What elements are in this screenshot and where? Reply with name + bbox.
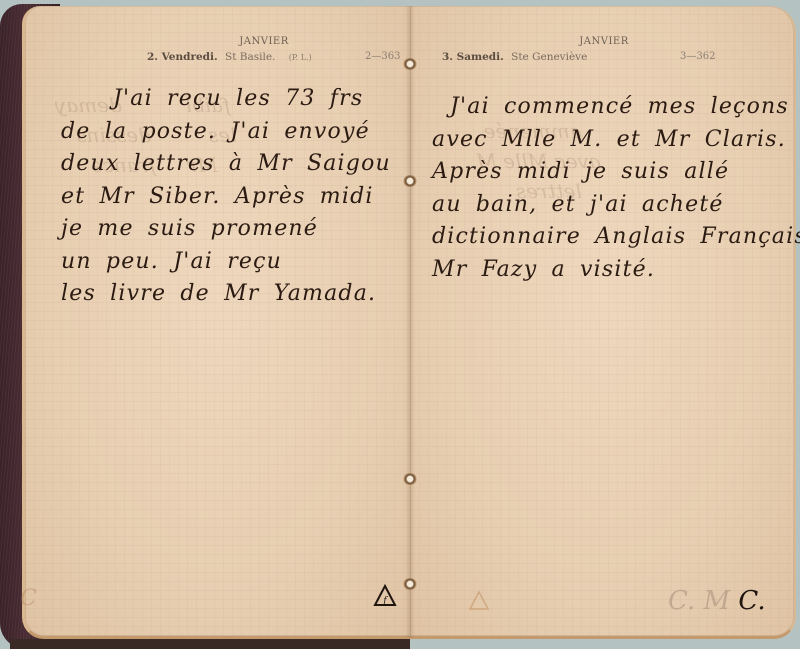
right-page: ammenée avec Mlle M. lettres JANVIER 3. … (410, 6, 796, 639)
entry-line: Mr Fazy a visité. (432, 254, 800, 287)
moon-phase: (P. L.) (289, 53, 312, 62)
month-label: JANVIER (410, 36, 794, 47)
date-line: 2. Vendredi. St Basile. (P. L.) 2—363 (147, 51, 413, 63)
entry-line: dictionnaire Anglais Français. (432, 221, 800, 254)
cover-bottom-edge (10, 639, 410, 649)
entry-line: les livre de Mr Yamada. (61, 278, 391, 311)
date-line: 3. Samedi. Ste Geneviève 3—362 (442, 51, 794, 63)
saint-label: Ste Geneviève (511, 51, 587, 63)
ink-initials: C. (738, 586, 765, 616)
diary-scan: faibl demay les dessins Mr france JANVIE… (0, 0, 800, 649)
day-count: 2—363 (365, 51, 400, 62)
binding-stitch (403, 473, 417, 485)
diary-entry-left: J'ai reçu les 73 frs de la poste. J'ai e… (61, 83, 391, 311)
diary-entry-right: J'ai commencé mes leçons avec Mlle M. et… (432, 91, 800, 286)
entry-line: J'ai commencé mes leçons (432, 91, 800, 124)
binding-stitch (403, 578, 417, 590)
entry-line: je me suis promené (61, 213, 391, 246)
day-label: 3. Samedi. (442, 51, 504, 63)
entry-line: deux lettres à Mr Saigou (61, 148, 391, 181)
signature-initials: C. M C. (668, 586, 766, 616)
binding-stitch (403, 175, 417, 187)
entry-line: un peu. J'ai reçu (61, 246, 391, 279)
left-page-header: JANVIER 2. Vendredi. St Basile. (P. L.) … (25, 36, 413, 63)
month-label: JANVIER (25, 36, 413, 47)
binding-stitch (403, 58, 417, 70)
left-page: faibl demay les dessins Mr france JANVIE… (22, 6, 413, 639)
saint-label: St Basile. (225, 51, 275, 63)
entry-line: et Mr Siber. Après midi (61, 181, 391, 214)
faint-margin-mark: C (20, 586, 37, 611)
entry-line: de la poste. J'ai envoyé (61, 116, 391, 149)
right-page-header: JANVIER 3. Samedi. Ste Geneviève 3—362 (410, 36, 794, 63)
entry-line: au bain, et j'ai acheté (432, 189, 800, 222)
entry-line: J'ai reçu les 73 frs (61, 83, 391, 116)
triangle-stamp-icon: f (373, 584, 397, 608)
entry-line: Après midi je suis allé (432, 156, 800, 189)
day-count: 3—362 (680, 51, 715, 62)
book-gutter (405, 6, 415, 638)
day-label: 2. Vendredi. (147, 51, 218, 63)
faint-initials: C. M (668, 586, 730, 616)
entry-line: avec Mlle M. et Mr Claris. (432, 124, 800, 157)
faint-triangle-stamp-icon (468, 590, 490, 612)
